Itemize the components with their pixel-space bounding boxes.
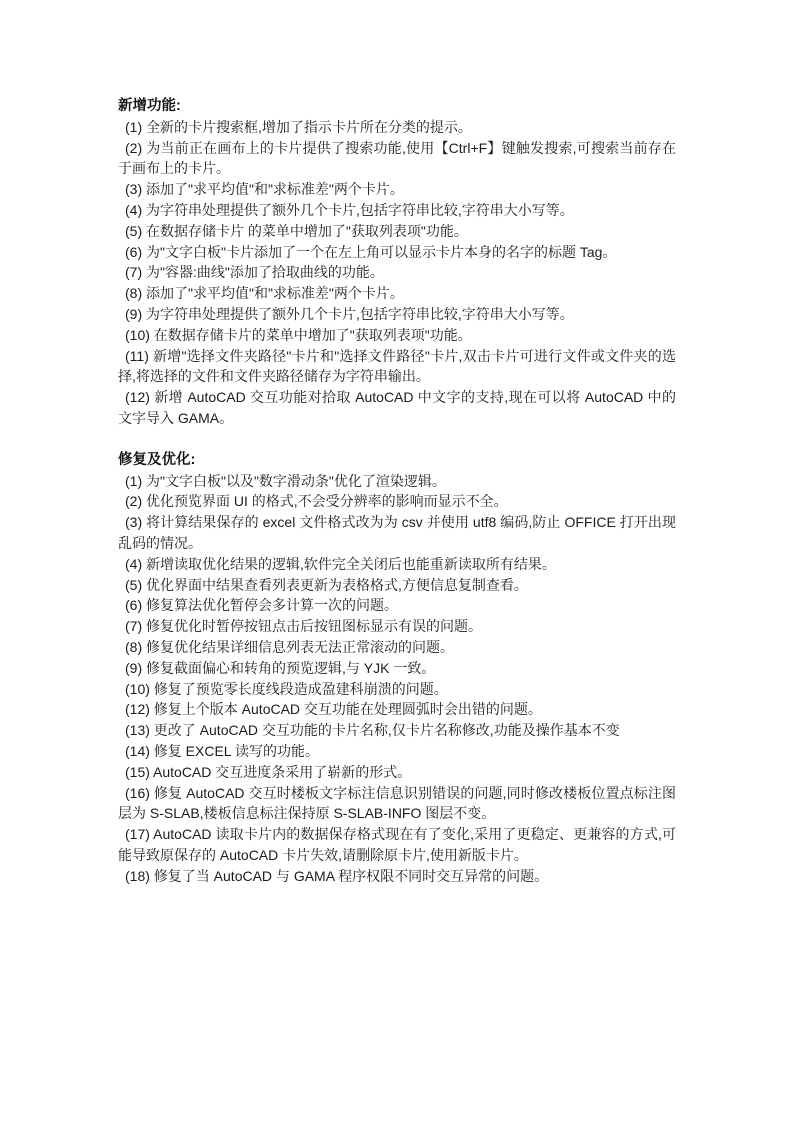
feature-item: (1) 全新的卡片搜索框,增加了指示卡片所在分类的提示。 — [118, 117, 676, 138]
feature-item: (8) 添加了"求平均值"和"求标准差"两个卡片。 — [118, 283, 676, 304]
feature-item: (9) 为字符串处理提供了额外几个卡片,包括字符串比较,字符串大小写等。 — [118, 304, 676, 325]
feature-item: (2) 为当前正在画布上的卡片提供了搜索功能,使用【Ctrl+F】键触发搜索,可… — [118, 138, 676, 180]
feature-item: (6) 为"文字白板"卡片添加了一个在左上角可以显示卡片本身的名字的标题 Tag… — [118, 242, 676, 263]
fix-item: (15) AutoCAD 交互进度条采用了崭新的形式。 — [118, 762, 676, 783]
document-page: 新增功能: (1) 全新的卡片搜索框,增加了指示卡片所在分类的提示。 (2) 为… — [0, 0, 793, 1122]
fix-item: (10) 修复了预览零长度线段造成盈建科崩溃的问题。 — [118, 679, 676, 700]
fix-item: (2) 优化预览界面 UI 的格式,不会受分辨率的影响而显示不全。 — [118, 491, 676, 512]
feature-item: (7) 为"容器:曲线"添加了拾取曲线的功能。 — [118, 262, 676, 283]
fix-item: (7) 修复优化时暂停按钮点击后按钮图标显示有误的问题。 — [118, 616, 676, 637]
fix-item: (12) 修复上个版本 AutoCAD 交互功能在处理圆弧时会出错的问题。 — [118, 699, 676, 720]
feature-item: (4) 为字符串处理提供了额外几个卡片,包括字符串比较,字符串大小写等。 — [118, 200, 676, 221]
fix-item: (13) 更改了 AutoCAD 交互功能的卡片名称,仅卡片名称修改,功能及操作… — [118, 720, 676, 741]
feature-item: (10) 在数据存储卡片的菜单中增加了"获取列表项"功能。 — [118, 325, 676, 346]
section-fixes-optimizations: 修复及优化: (1) 为"文字白板"以及"数字滑动条"优化了渲染逻辑。 (2) … — [118, 450, 676, 887]
feature-item: (3) 添加了"求平均值"和"求标准差"两个卡片。 — [118, 179, 676, 200]
fix-item: (18) 修复了当 AutoCAD 与 GAMA 程序权限不同时交互异常的问题。 — [118, 866, 676, 887]
feature-item: (12) 新增 AutoCAD 交互功能对拾取 AutoCAD 中文字的支持,现… — [118, 387, 676, 429]
feature-item: (11) 新增"选择文件夹路径"卡片和"选择文件路径"卡片,双击卡片可进行文件或… — [118, 346, 676, 388]
fix-item: (8) 修复优化结果详细信息列表无法正常滚动的问题。 — [118, 637, 676, 658]
fix-item: (1) 为"文字白板"以及"数字滑动条"优化了渲染逻辑。 — [118, 471, 676, 492]
fix-item: (17) AutoCAD 读取卡片内的数据保存格式现在有了变化,采用了更稳定、更… — [118, 824, 676, 866]
section-new-features: 新增功能: (1) 全新的卡片搜索框,增加了指示卡片所在分类的提示。 (2) 为… — [118, 96, 676, 429]
fix-item: (16) 修复 AutoCAD 交互时楼板文字标注信息识别错误的问题,同时修改楼… — [118, 783, 676, 825]
fix-item: (9) 修复截面偏心和转角的预览逻辑,与 YJK 一致。 — [118, 658, 676, 679]
fix-item: (4) 新增读取优化结果的逻辑,软件完全关闭后也能重新读取所有结果。 — [118, 554, 676, 575]
fix-item: (5) 优化界面中结果查看列表更新为表格格式,方便信息复制查看。 — [118, 575, 676, 596]
fix-item: (14) 修复 EXCEL 读写的功能。 — [118, 741, 676, 762]
fix-item: (3) 将计算结果保存的 excel 文件格式改为为 csv 并使用 utf8 … — [118, 512, 676, 554]
fix-item: (6) 修复算法优化暂停会多计算一次的问题。 — [118, 595, 676, 616]
section-heading-fixes-optimizations: 修复及优化: — [118, 450, 676, 471]
feature-item: (5) 在数据存储卡片 的菜单中增加了"获取列表项"功能。 — [118, 221, 676, 242]
section-heading-new-features: 新增功能: — [118, 96, 676, 117]
